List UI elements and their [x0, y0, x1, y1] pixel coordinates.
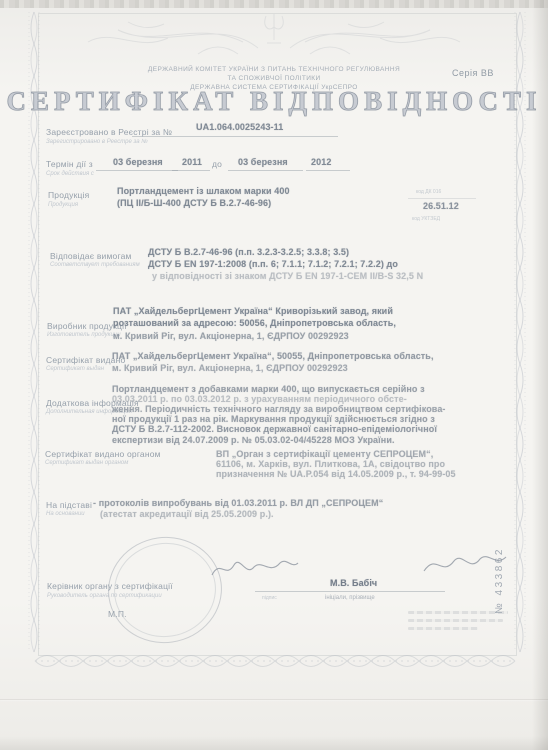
additional-line-4: ної продукції 1 раз на рік. Маркування п…	[112, 414, 435, 424]
additional-line-1: Портландцемент з добавками марки 400, що…	[112, 384, 425, 394]
additional-line-5: ДСТУ Б В.2.7-112-2002. Висновок державно…	[112, 424, 437, 434]
product-sublabel: Продукция	[48, 202, 78, 208]
signature-left	[210, 553, 302, 583]
issued-to-sublabel: Сертификат выдан	[46, 366, 104, 372]
product-code-line	[408, 198, 476, 199]
head-of-body-label: Керівник органу з сертифікації	[47, 581, 173, 591]
conformity-line-1: ДСТУ Б В.2.7-46-96 (п.п. 3.2.3-3.2.5; 3.…	[148, 247, 349, 257]
conformity-sublabel: Соответствует требованиям	[50, 262, 140, 268]
head-of-body-sublabel: Руководитель органа по сертификации	[47, 593, 162, 599]
validity-label: Термін дії з	[46, 159, 93, 169]
registration-number: UA1.064.0025243-11	[196, 122, 283, 132]
producer-line-2: розташований за адресою: 50056, Дніпропе…	[113, 318, 396, 328]
seal-place-label: М.П.	[108, 609, 127, 619]
additional-line-2: 03.03.2011 р. по 03.03.2012 р. з урахува…	[112, 394, 407, 404]
registration-underline	[132, 136, 338, 137]
certificate-title: СЕРТИФІКАТ ВІДПОВІДНОСТІ	[0, 86, 548, 117]
scan-shadow-bottom	[0, 736, 548, 750]
fineprint-line-2	[408, 619, 503, 622]
fineprint-line-3	[408, 627, 478, 630]
issuing-org-sublabel: Сертификат выдан органом	[45, 460, 128, 466]
conformity-line-3: у відповідності зі знаком ДСТУ Б EN 197-…	[152, 271, 423, 281]
signature-underline	[255, 591, 445, 592]
validity-from: 03 березня	[113, 157, 163, 167]
validity-from-year: 2011	[182, 157, 202, 167]
product-code-sublabel: код УКТЗЕД	[412, 216, 440, 222]
series-label: Серія ВВ	[452, 68, 494, 78]
ornament-bottom	[35, 648, 515, 674]
scan-shadow-right	[532, 0, 548, 750]
product-code: 26.51.12	[423, 201, 459, 211]
scan-top-noise-band	[0, 0, 548, 8]
producer-line-3: м. Кривий Ріг, вул. Акціонерна, 1, ЄДРПО…	[113, 331, 349, 341]
validity-to-word: до	[212, 159, 222, 169]
signature-caption: підпис	[262, 595, 277, 601]
issued-to-line-2: м. Кривий Ріг, вул. Акціонерна, 1, ЄДРПО…	[112, 363, 348, 373]
registration-sublabel: Зарегистрировано в Реестре за №	[46, 139, 148, 145]
basis-line-2: (атестат акредитації від 25.05.2009 р.).	[100, 509, 274, 519]
issued-to-line-1: ПАТ „ХайдельбергЦемент Україна“, 50055, …	[112, 351, 434, 361]
product-line-2: (ПЦ ІІ/Б-Ш-400 ДСТУ Б В.2.7-46-96)	[117, 198, 271, 208]
ornament-top	[58, 8, 490, 60]
producer-sublabel: Изготовитель продукции	[47, 332, 121, 338]
issuing-org-line-2: 61106, м. Харків, вул. Плиткова, 1А, сві…	[216, 459, 445, 469]
paper-crease	[0, 699, 548, 700]
issuing-org-label: Сертифікат видано органом	[45, 449, 161, 459]
basis-sublabel: На основании	[46, 511, 85, 517]
basis-line-1: - протоколів випробувань від 01.03.2011 …	[93, 498, 383, 508]
validity-sublabel: Срок действия с	[46, 171, 94, 177]
product-label: Продукція	[48, 190, 89, 200]
signatory-name: М.В. Бабіч	[330, 578, 377, 588]
certificate-scan: ДЕРЖАВНИЙ КОМІТЕТ УКРАЇНИ З ПИТАНЬ ТЕХНІ…	[0, 0, 548, 750]
validity-underline-1	[96, 170, 178, 171]
product-code-label: код ДК 016	[416, 189, 441, 195]
basis-label: На підставі	[46, 500, 92, 510]
additional-line-3: ження. Періодичність технічного нагляду …	[112, 404, 446, 414]
name-caption: ініціали, прізвище	[325, 595, 375, 601]
validity-underline-2	[172, 170, 210, 171]
validity-underline-4	[306, 170, 350, 171]
validity-to-year: 2012	[311, 157, 331, 167]
validity-underline-3	[228, 170, 303, 171]
product-line-1: Портландцемент із шлаком марки 400	[117, 186, 290, 196]
issuing-org-line-1: ВП „Орган з сертифікації цементу СЕПРОЦЕ…	[216, 449, 433, 459]
conformity-line-2: ДСТУ Б EN 197-1:2008 (п.п. 6; 7.1.1; 7.1…	[148, 259, 398, 269]
producer-line-1: ПАТ „ХайдельбергЦемент Україна“ Криворіз…	[113, 306, 393, 316]
issuing-org-line-3: призначення № UA.P.054 від 14.05.2009 р.…	[216, 469, 456, 479]
conformity-label: Відповідає вимогам	[50, 251, 132, 261]
additional-line-6: експертизи від 24.07.2009 р. № 05.03.02-…	[112, 435, 395, 445]
fineprint-line-1	[408, 611, 508, 614]
validity-to: 03 березня	[238, 157, 288, 167]
blank-serial-number: № 433862	[494, 547, 505, 614]
